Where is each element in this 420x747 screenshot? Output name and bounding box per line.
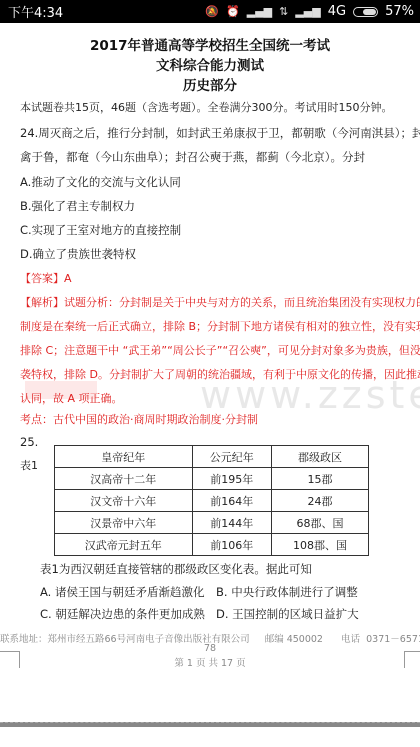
- q25-option-d: D. 王国控制的区域日益扩大: [216, 606, 359, 622]
- page-separator: [0, 722, 420, 727]
- table-header: 郡级政区: [271, 446, 368, 468]
- table-header-row: 皇帝纪年 公元纪年 郡级政区: [55, 446, 369, 468]
- section-title: 历史部分: [0, 74, 420, 94]
- q24-kaodian: 考点：古代中国的政治·商周时期政治制度·分封制: [20, 411, 258, 427]
- table-cell: 汉武帝元封五年: [55, 534, 193, 556]
- table-cell: 前195年: [192, 468, 271, 490]
- table-cell: 24郡: [271, 490, 368, 512]
- q25-number: 25.: [20, 435, 38, 449]
- table-cell: 汉文帝十六年: [55, 490, 193, 512]
- alarm-icon: ⏰: [226, 5, 240, 18]
- q24-option-d: D.确立了贵族世袭特权: [20, 246, 136, 262]
- q24-stem-line2: 禽于鲁，都奄（今山东曲阜）；封召公奭于燕，都蓟（今北京）。分封: [20, 149, 365, 165]
- battery-icon: [353, 7, 378, 17]
- table-header: 公元纪年: [192, 446, 271, 468]
- table-cell: 前164年: [192, 490, 271, 512]
- network-type: 4G: [328, 4, 346, 19]
- status-bar: 下午4:34 🔕 ⏰ ▂▄▆ ⇅ ▂▄▆ 4G 57%: [0, 0, 420, 23]
- table-row: 汉景帝中六年 前144年 68郡、国: [55, 512, 369, 534]
- page-corner-right: [404, 651, 420, 668]
- exam-title: 2017年普通高等学校招生全国统一考试: [0, 34, 420, 54]
- page-corner-left: [0, 651, 20, 668]
- page-indicator: 第 1 页 共 17 页: [0, 655, 420, 669]
- table-row: 汉文帝十六年 前164年 24郡: [55, 490, 369, 512]
- q24-analysis-line4: 袭特权，排除 D。分封制扩大了周朝的统治疆域，有利于中原文化的传播，因此推动了文…: [20, 366, 420, 382]
- signal-icon: ▂▄▆: [247, 5, 272, 18]
- mute-icon: 🔕: [205, 5, 219, 18]
- table-cell: 前106年: [192, 534, 271, 556]
- table-label: 表1: [20, 457, 38, 473]
- q25-option-a: A. 诸侯王国与朝廷矛盾渐趋激化: [40, 584, 204, 600]
- table-header: 皇帝纪年: [55, 446, 193, 468]
- jun-table: 皇帝纪年 公元纪年 郡级政区 汉高帝十二年 前195年 15郡 汉文帝十六年 前…: [54, 445, 369, 556]
- q24-analysis-line2: 制度是在秦统一后正式确立，排除 B；分封制下地方诸侯有相对的独立性，没有实现王室…: [20, 318, 420, 334]
- table-cell: 68郡、国: [271, 512, 368, 534]
- table-cell: 汉高帝十二年: [55, 468, 193, 490]
- footer-contact-cont: 78: [0, 643, 420, 654]
- q24-stem-line1: 24.周灭商之后，推行分封制，如封武王弟康叔于卫，都朝歌（今河南淇县）；封周公长…: [20, 125, 420, 141]
- table-cell: 汉景帝中六年: [55, 512, 193, 534]
- q24-analysis-line5: 认同，故 A 项正确。: [20, 390, 123, 406]
- q25-stem: 表1为西汉朝廷直接管辖的郡级政区变化表。据此可知: [40, 561, 312, 577]
- data-arrows-icon: ⇅: [279, 5, 288, 18]
- status-icons: 🔕 ⏰ ▂▄▆ ⇅ ▂▄▆ 4G 57%: [205, 4, 420, 19]
- exam-intro: 本试题卷共15页，46题（含选考题）。全卷满分300分。考试用时150分钟。: [20, 99, 392, 115]
- q24-option-b: B.强化了君主专制权力: [20, 198, 135, 214]
- exam-subtitle: 文科综合能力测试: [0, 54, 420, 74]
- table-cell: 前144年: [192, 512, 271, 534]
- q24-analysis-line1: 【解析】试题分析：分封制是关于中央与对方的关系，而且统治集团没有实现权力的高度集…: [20, 294, 420, 310]
- q24-option-a: A.推动了文化的交流与文化认同: [20, 174, 181, 190]
- table-row: 汉高帝十二年 前195年 15郡: [55, 468, 369, 490]
- table-cell: 108郡、国: [271, 534, 368, 556]
- q24-analysis-line3: 排除 C；注意题干中 “武王弟”“周公长子”“召公奭”，可见分封对象多为贵族，但…: [20, 342, 420, 358]
- signal-icon-2: ▂▄▆: [295, 5, 320, 18]
- battery-percent: 57%: [385, 4, 414, 19]
- q25-option-c: C. 朝廷解决边患的条件更加成熟: [40, 606, 205, 622]
- status-time: 下午4:34: [0, 2, 63, 21]
- q24-option-c: C.实现了王室对地方的直接控制: [20, 222, 181, 238]
- table-row: 汉武帝元封五年 前106年 108郡、国: [55, 534, 369, 556]
- q25-option-b: B. 中央行政体制进行了调整: [216, 584, 358, 600]
- q24-answer: 【答案】A: [20, 270, 72, 286]
- table-cell: 15郡: [271, 468, 368, 490]
